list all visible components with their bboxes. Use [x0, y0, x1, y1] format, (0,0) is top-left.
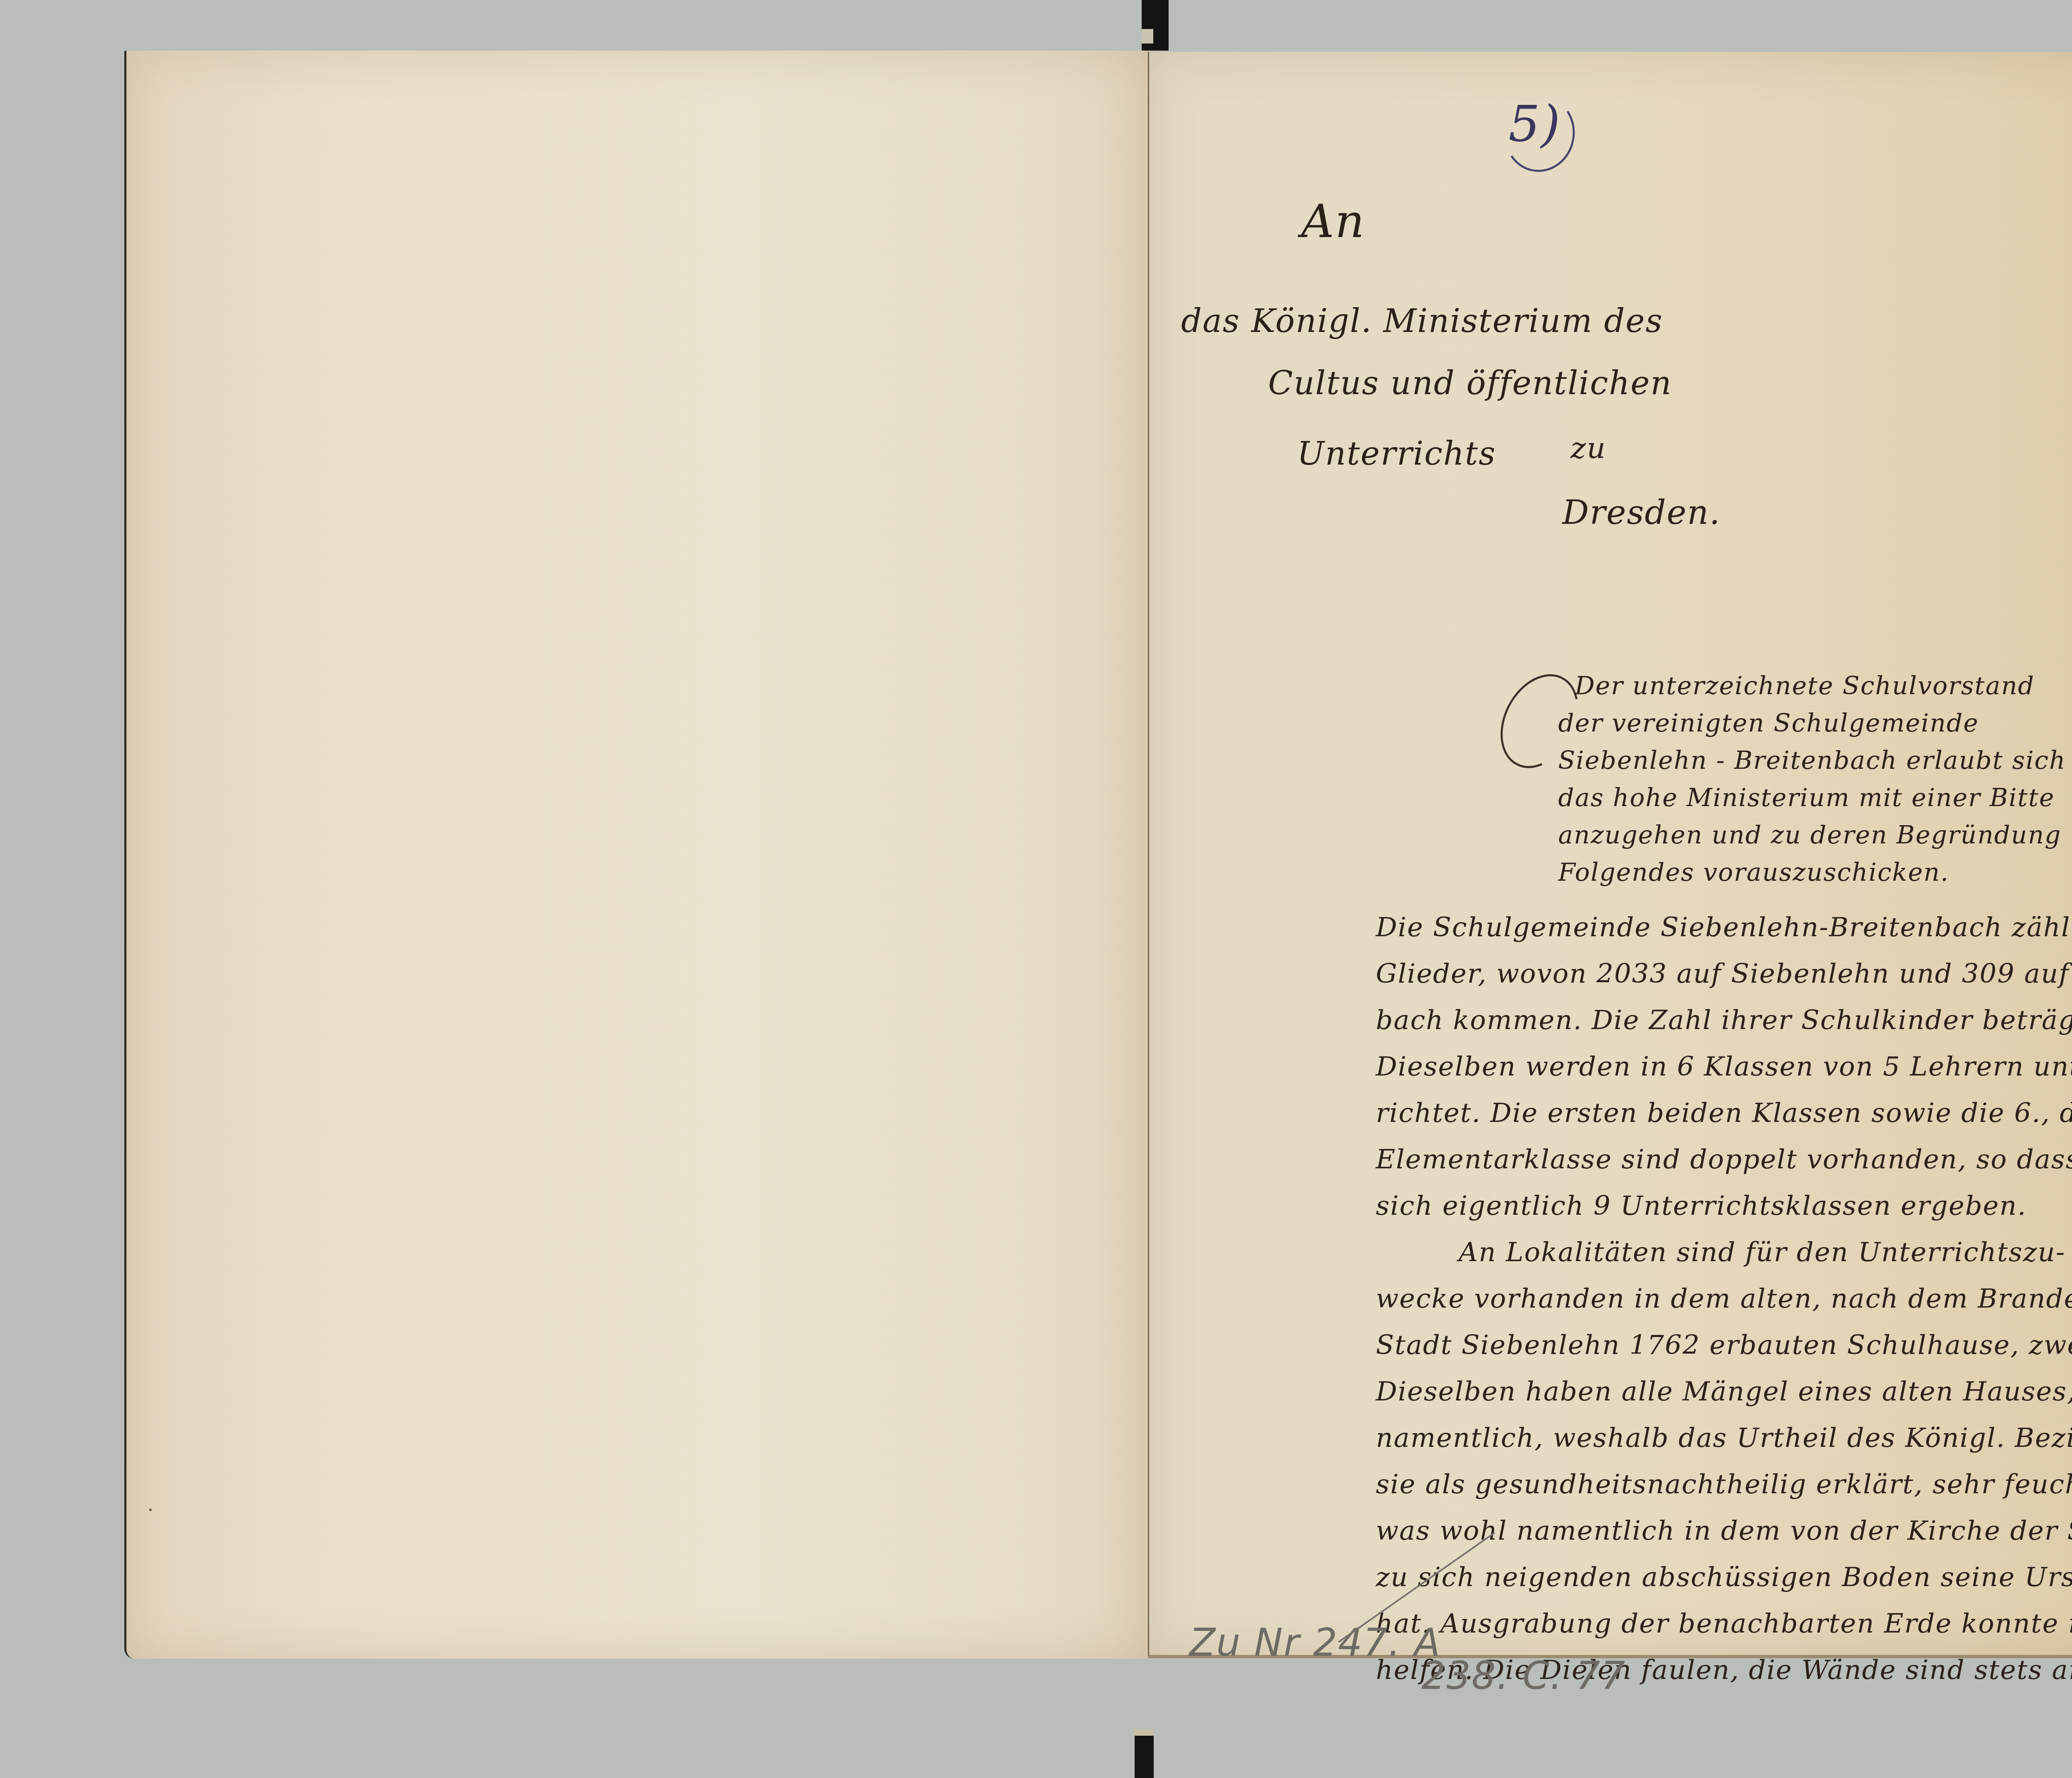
body-line: Die Schulgemeinde Siebenlehn-Breitenbach… [1376, 908, 2072, 947]
address-line-5: Dresden. [1562, 493, 1721, 532]
body-line: wecke vorhanden in dem alten, nach dem B… [1376, 1279, 2072, 1319]
address-line-3: Unterrichts [1297, 435, 1496, 472]
spine-crease [1148, 52, 1149, 1656]
intro-line: anzugehen und zu deren Begründung [1558, 816, 2072, 854]
address-line-4: zu [1571, 431, 1606, 465]
body-line: Stadt Siebenlehn 1762 erbauten Schulhaus… [1376, 1325, 2072, 1365]
body-line: Glieder, wovon 2033 auf Siebenlehn und 3… [1376, 954, 2072, 994]
body-line: Dieselben haben alle Mängel eines alten … [1376, 1372, 2072, 1412]
body-line: Elementarklasse sind doppelt vorhanden, … [1376, 1140, 2072, 1180]
body-paragraph: Die Schulgemeinde Siebenlehn-Breitenbach… [1376, 908, 2072, 1697]
intro-line: Der unterzeichnete Schulvorstand [1575, 667, 2072, 705]
intro-line: Siebenlehn - Breitenbach erlaubt sich [1558, 742, 2072, 779]
body-line: An Lokalitäten sind für den Unterrichtsz… [1459, 1233, 2072, 1272]
intro-paragraph: Der unterzeichnete Schulvorstand der ver… [1558, 667, 2072, 891]
body-line: bach kommen. Die Zahl ihrer Schulkinder … [1376, 1000, 2072, 1040]
binding-strip-top [1142, 0, 1169, 51]
body-line: sich eigentlich 9 Unterrichtsklassen erg… [1376, 1186, 2072, 1226]
pencil-reference-number: 238. C. 77 [1421, 1654, 1626, 1698]
salutation: An [1301, 195, 1365, 248]
enclosure-number: 5) [1508, 95, 1561, 153]
intro-line: das hohe Ministerium mit einer Bitte [1558, 779, 2072, 816]
intro-line: der vereinigten Schulgemeinde [1558, 705, 2072, 742]
body-line: namentlich, weshalb das Urtheil des Köni… [1376, 1418, 2072, 1458]
body-line: hat. Ausgrabung der benachbarten Erde ko… [1376, 1604, 2072, 1644]
intro-line: Folgendes vorauszuschicken. [1558, 854, 2072, 891]
address-line-1: das Königl. Ministerium des [1181, 303, 1663, 340]
body-line: zu sich neigenden abschüssigen Boden sei… [1376, 1558, 2072, 1597]
body-line: was wohl namentlich in dem von der Kirch… [1376, 1511, 2072, 1551]
body-line: sie als gesundheitsnachtheilig erklärt, … [1376, 1465, 2072, 1504]
ink-spot [149, 1509, 152, 1511]
body-line: richtet. Die ersten beiden Klassen sowie… [1376, 1093, 2072, 1133]
address-line-2: Cultus und öffentlichen [1268, 365, 1672, 402]
pencil-reference-note: Zu Nr 247. A [1189, 1621, 1441, 1665]
left-page [124, 51, 1150, 1659]
binding-strip-bottom [1135, 1729, 1154, 1778]
body-line: Dieselben werden in 6 Klassen von 5 Lehr… [1376, 1047, 2072, 1087]
